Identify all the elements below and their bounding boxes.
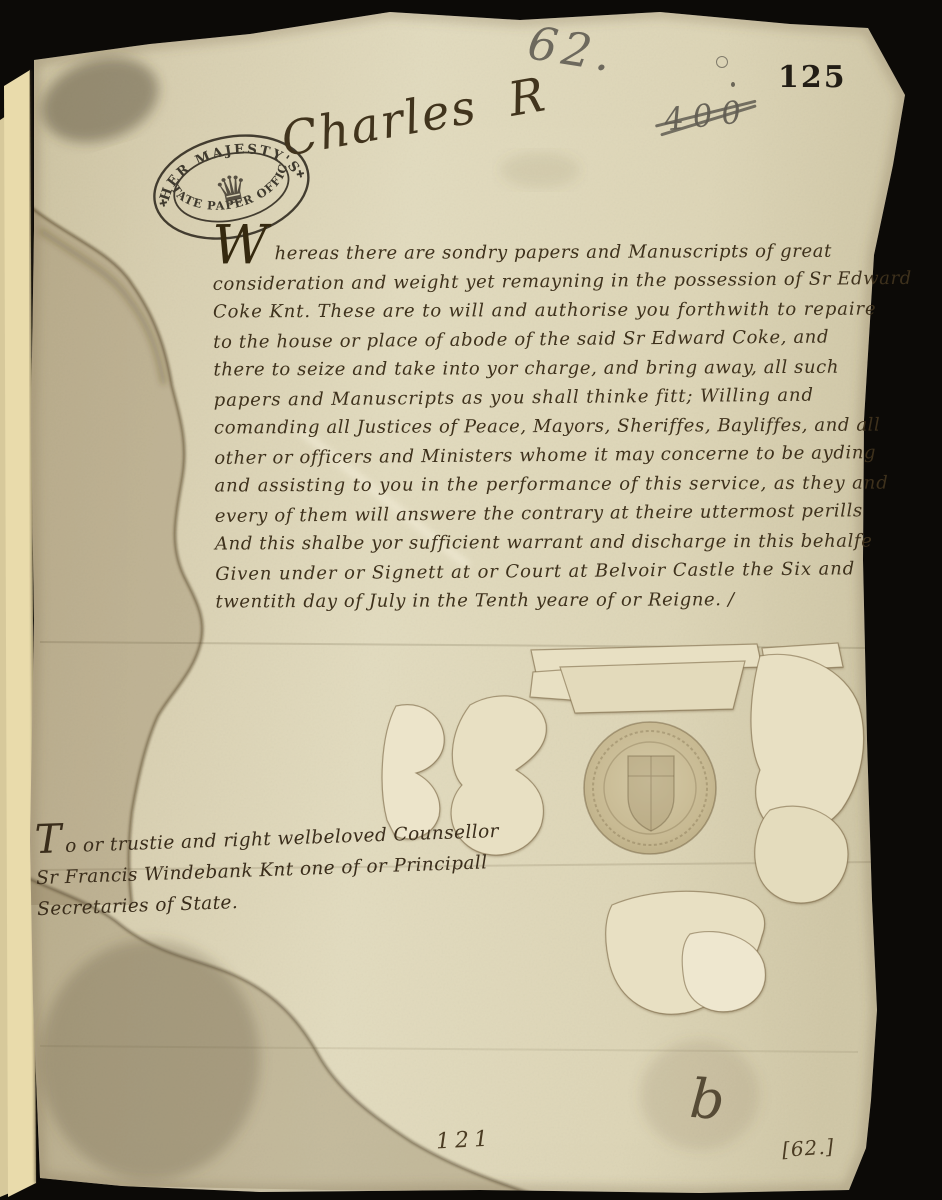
royal-signet-seal — [584, 722, 716, 854]
body-line: And this shalbe yor sufficient warrant a… — [215, 527, 887, 559]
smudge — [500, 152, 580, 188]
body-line: consideration and weight yet remayning i… — [213, 264, 885, 299]
page-number-printed: 125 — [778, 60, 847, 95]
body-line: other or officers and Ministers whome it… — [214, 438, 886, 473]
body-line: Given under or Signett at or Court at Be… — [215, 554, 887, 589]
stamp-right-cross-icon: ✚ — [295, 169, 305, 182]
body-line: every of them will answere the contrary … — [215, 496, 887, 531]
body-line: comanding all Justices of Peace, Mayors,… — [214, 411, 886, 443]
pencil-ring-mark — [716, 56, 728, 68]
address-block: To or trustie and right welbeloved Couns… — [35, 816, 502, 925]
body-line: to the house or place of abode of the sa… — [213, 322, 885, 357]
letter-body: Whereas there are sondry papers and Manu… — [212, 235, 887, 618]
bottom-folio-number: [62.] — [781, 1134, 835, 1162]
body-line: papers and Manuscripts as you shall thin… — [214, 380, 886, 415]
manuscript-scan: HER MAJESTY'S STATE PAPER OFFICE ♛ ✚ ✚ 6… — [0, 0, 942, 1200]
body-line: twentith day of July in the Tenth yeare … — [215, 585, 887, 617]
body-line: there to seize and take into yor charge,… — [213, 353, 885, 385]
pencil-dot-mark — [731, 82, 735, 87]
body-line: and assisting to you in the performance … — [214, 469, 886, 501]
bottom-page-number: 121 — [435, 1127, 493, 1155]
body-line: Whereas there are sondry papers and Manu… — [212, 237, 884, 269]
binding-stubs — [0, 70, 36, 1197]
body-line: Coke Knt. These are to will and authoris… — [213, 295, 885, 327]
ink-flourish: b — [688, 1067, 727, 1132]
